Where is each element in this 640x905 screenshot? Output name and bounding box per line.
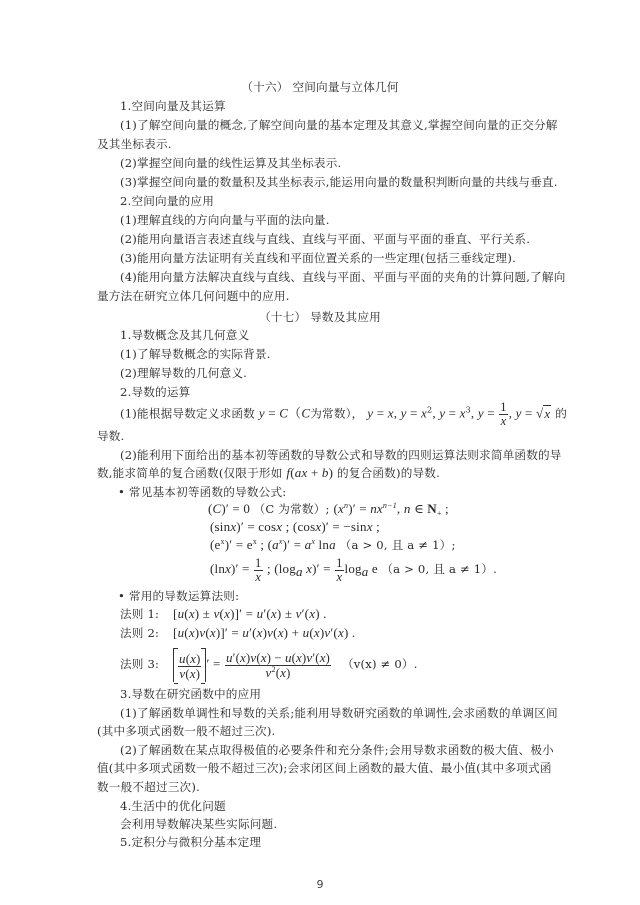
heading-2: 2.空间向量的应用 [120, 194, 214, 208]
formula-line: (ex)′ = ex ; (ax)′ = ax lna （a > 0, 且 a … [210, 538, 456, 552]
paragraph-with-formula: (1)能根据导数定义求函数 y = C（C为常数）， y = x, y = x2… [120, 401, 567, 428]
paragraph: 值(其中多项式函数一般不超过三次);会求闭区间上函数的最大值、最小值(其中多项式… [97, 761, 552, 775]
section-16-title: （十六） 空间向量与立体几何 [0, 80, 640, 94]
text: (1)能根据导数定义求函数 [120, 407, 255, 421]
document-page: （十六） 空间向量与立体几何 1.空间向量及其运算 (1)了解空间向量的概念,了… [0, 0, 640, 905]
text: 数,能求简单的复合函数(仅限于形如 [97, 466, 283, 480]
text: 的 [555, 407, 567, 421]
paragraph: 导数. [97, 429, 124, 443]
heading-1: 1.空间向量及其运算 [120, 99, 226, 113]
formula-line: (C)′ = 0 （C 为常数）; (xn)′ = nxn−1, n ∈ N+ … [208, 502, 449, 516]
formula-line: (lnx)′ = 1x ; (loga x)′ = 1xloga e （a > … [210, 556, 497, 584]
paragraph: (3)能用向量方法证明有关直线和平面位置关系的一些定理(包括三垂线定理). [120, 251, 516, 265]
page-number: 9 [0, 878, 640, 891]
fraction: 1x [499, 401, 507, 428]
rule-2: 法则 2: [u(x)v(x)]′ = u′(x)v(x) + u(x)v′(x… [120, 626, 355, 640]
heading-1: 1.导数概念及其几何意义 [120, 328, 249, 342]
text: 的复合函数)的导数. [337, 466, 440, 480]
paragraph: 数一般不超过三次). [97, 780, 200, 794]
paragraph: (其中多项式函数一般不超过三次). [97, 724, 275, 738]
paragraph: (2)掌握空间向量的线性运算及其坐标表示. [120, 156, 341, 170]
paragraph: (2)能用向量语言表述直线与直线、直线与平面、平面与平面的垂直、平行关系. [120, 232, 530, 246]
bullet-item: • 常见基本初等函数的导数公式: [118, 485, 286, 499]
section-17-title: （十七） 导数及其应用 [0, 310, 640, 324]
paragraph: 量方法在研究立体几何问题中的应用. [97, 289, 290, 303]
bullet-item: • 常用的导数运算法则: [118, 589, 239, 603]
rule-1: 法则 1: [u(x) ± v(x)]′ = u′(x) ± v′(x) . [120, 607, 327, 621]
paragraph: 会利用导数解决某些实际问题. [120, 817, 277, 831]
paragraph-with-formula: 数,能求简单的复合函数(仅限于形如 f(ax + b) 的复合函数)的导数. [97, 466, 440, 480]
formula-line: (sinx)′ = cosx ; (cosx)′ = −sinx ; [210, 520, 380, 534]
paragraph: (2)理解导数的几何意义. [120, 366, 247, 380]
heading-4: 4.生活中的优化问题 [120, 799, 226, 813]
heading-5: 5.定积分与微积分基本定理 [120, 835, 261, 849]
paragraph: (1)了解空间向量的概念,了解空间向量的基本定理及其意义,掌握空间向量的正交分解 [120, 118, 558, 132]
heading-2: 2.导数的运算 [120, 385, 190, 399]
rule-3: 法则 3: u(x)v(x)′ = u′(x)v(x) − u(x)v′(x)v… [120, 647, 418, 682]
sqrt: √x [536, 405, 551, 421]
paragraph: (1)理解直线的方向向量与平面的法向量. [120, 213, 330, 227]
paragraph: (1)了解函数单调性和导数的关系;能利用导数研究函数的单调性,会求函数的单调区间 [120, 706, 558, 720]
paragraph: (2)了解函数在某点取得极值的必要条件和充分条件;会用导数求函数的极大值、极小 [120, 743, 554, 757]
heading-3: 3.导数在研究函数中的应用 [120, 687, 261, 701]
paragraph: 及其坐标表示. [97, 137, 172, 151]
paragraph: (3)掌握空间向量的数量积及其坐标表示,能运用向量的数量积判断向量的共线与垂直. [120, 175, 558, 189]
paragraph: (2)能利用下面给出的基本初等函数的导数公式和导数的四则运算法则求简单函数的导 [120, 448, 562, 462]
paragraph: (4)能用向量方法解决直线与直线、直线与平面、平面与平面的夹角的计算问题,了解向 [120, 270, 566, 284]
paragraph: (1)了解导数概念的实际背景. [120, 347, 271, 361]
